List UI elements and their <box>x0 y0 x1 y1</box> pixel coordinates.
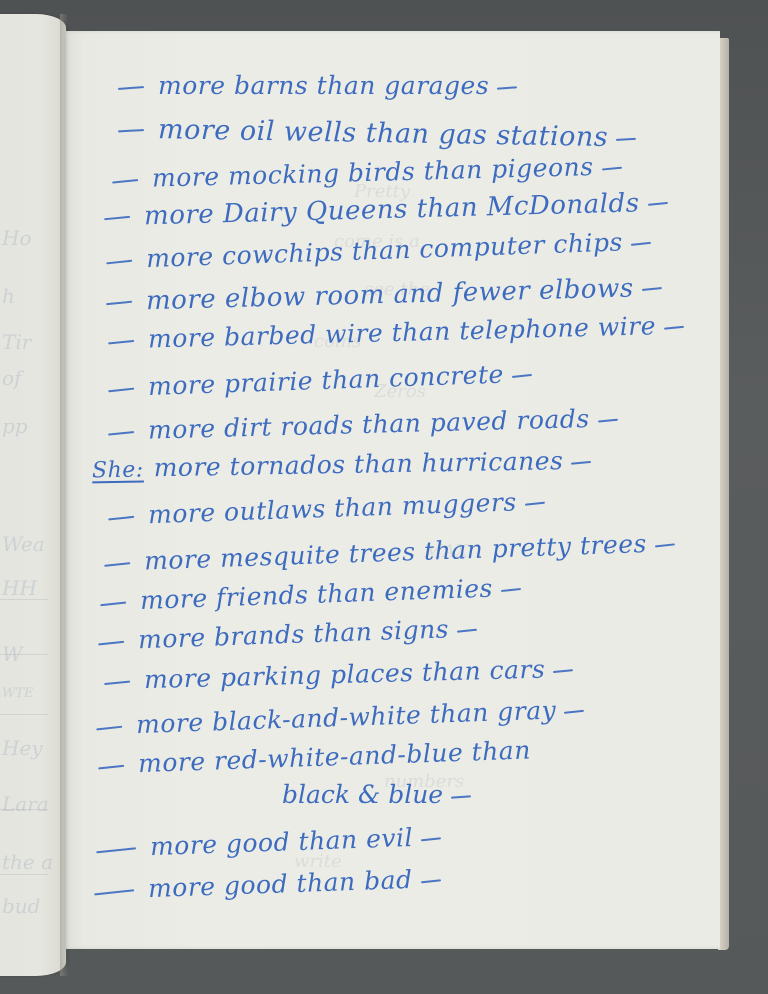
ghost-text: Ho <box>2 226 31 250</box>
dash-mark <box>457 628 477 632</box>
dash-mark <box>642 287 662 291</box>
dash-mark <box>106 259 132 264</box>
dash-mark <box>512 373 532 377</box>
ghost-rule <box>0 654 48 655</box>
dash-mark <box>106 301 132 305</box>
dash-mark <box>104 216 130 220</box>
ghost-text: the a <box>2 850 53 874</box>
line-text: more barns than garages <box>158 71 489 100</box>
dash-mark <box>571 460 591 464</box>
ghost-text: Lara <box>2 792 49 816</box>
dash-mark <box>118 86 144 90</box>
dash-mark <box>451 795 471 798</box>
dash-mark <box>112 179 138 183</box>
dash-mark <box>553 669 573 673</box>
ghost-text: bud <box>2 894 41 918</box>
dash-mark <box>108 387 134 392</box>
handwritten-line: more barns than garages <box>118 73 517 98</box>
dash-mark <box>497 86 517 89</box>
ghost-text: WTE <box>2 686 34 701</box>
dash-mark <box>118 129 144 132</box>
ghost-text: Tir <box>2 330 31 354</box>
dash-mark <box>108 431 134 435</box>
speaker-label: She: <box>92 457 144 483</box>
dash-mark <box>564 709 584 713</box>
ghost-text: h <box>2 284 15 308</box>
spine-shadow <box>60 14 68 976</box>
dash-mark <box>96 725 122 730</box>
dash-mark <box>96 847 136 853</box>
dash-mark <box>98 640 124 645</box>
ghost-text: of <box>2 366 21 390</box>
dash-mark <box>616 137 636 140</box>
left-page: Ho h Tir of pp Wea HH W WTE Hey Lara the… <box>0 14 66 976</box>
line-text: black & blue <box>282 780 443 809</box>
dash-mark <box>94 889 134 895</box>
dash-mark <box>100 601 126 606</box>
ghost-text: Hey <box>2 736 43 760</box>
handwritten-line-continuation: black & blue <box>282 780 471 809</box>
ghost-text: Wea <box>2 532 45 556</box>
dash-mark <box>104 562 130 567</box>
dash-mark <box>501 587 521 591</box>
dash-mark <box>647 202 667 206</box>
dash-mark <box>108 339 134 343</box>
ghost-rule <box>0 874 48 875</box>
dash-mark <box>655 543 675 547</box>
dash-mark <box>421 837 441 841</box>
dash-mark <box>420 879 440 883</box>
ghost-text: pp <box>2 414 28 438</box>
dash-mark <box>104 680 130 684</box>
ghost-rule <box>0 714 48 715</box>
ghost-rule <box>0 809 48 810</box>
dash-mark <box>525 501 545 505</box>
dash-mark <box>108 515 134 520</box>
ghost-text: HH <box>2 576 37 600</box>
notebook-scene: Ho h Tir of pp Wea HH W WTE Hey Lara the… <box>0 0 768 994</box>
dash-mark <box>664 325 684 329</box>
dash-mark <box>631 241 651 245</box>
dash-mark <box>601 166 621 170</box>
dash-mark <box>98 764 124 769</box>
ghost-rule <box>0 599 48 600</box>
dash-mark <box>598 418 618 422</box>
